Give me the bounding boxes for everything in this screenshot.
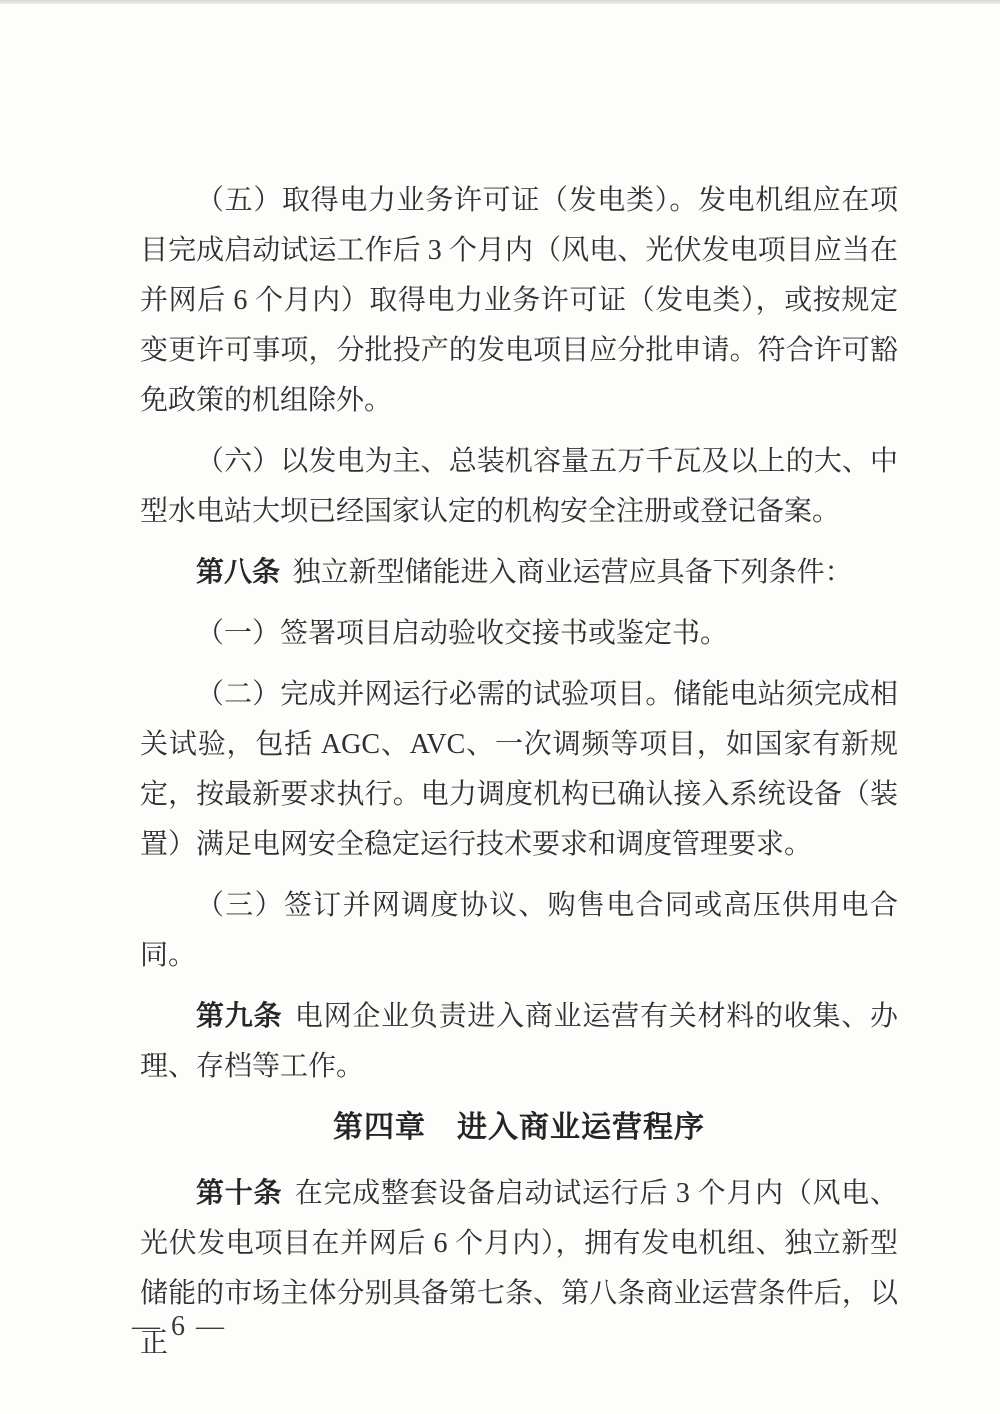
article-number: 第九条 [196,1001,282,1032]
paragraph-article-8: 第八条独立新型储能进入商业运营应具备下列条件： [140,548,898,598]
document-page: （五）取得电力业务许可证（发电类）。发电机组应在项目完成启动试运工作后 3 个月… [0,0,1000,1414]
paragraph-text: 独立新型储能进入商业运营应具备下列条件： [293,557,853,588]
paragraph-item-3: （三）签订并网调度协议、购售电合同或高压供用电合同。 [140,881,898,981]
article-number: 第八条 [196,557,280,588]
page-number: — 6 — [132,1307,226,1347]
paragraph-text: （三）签订并网调度协议、购售电合同或高压供用电合同。 [140,890,898,971]
paragraph-item-6: （六）以发电为主、总装机容量五万千瓦及以上的大、中型水电站大坝已经国家认定的机构… [140,437,898,537]
paragraph-item-5: （五）取得电力业务许可证（发电类）。发电机组应在项目完成启动试运工作后 3 个月… [140,176,898,426]
document-body: （五）取得电力业务许可证（发电类）。发电机组应在项目完成启动试运工作后 3 个月… [140,176,898,1380]
paragraph-text: （五）取得电力业务许可证（发电类）。发电机组应在项目完成启动试运工作后 3 个月… [140,185,898,416]
chapter-heading: 第四章 进入商业运营程序 [140,1103,898,1153]
article-number: 第十条 [196,1178,282,1209]
paragraph-item-2: （二）完成并网运行必需的试验项目。储能电站须完成相关试验，包括 AGC、AVC、… [140,670,898,870]
scan-edge [0,0,1000,4]
paragraph-article-10: 第十条在完成整套设备启动试运行后 3 个月内（风电、光伏发电项目在并网后 6 个… [140,1169,898,1369]
paragraph-article-9: 第九条电网企业负责进入商业运营有关材料的收集、办理、存档等工作。 [140,992,898,1092]
paragraph-text: （二）完成并网运行必需的试验项目。储能电站须完成相关试验，包括 AGC、AVC、… [140,679,898,860]
paragraph-text: （一）签署项目启动验收交接书或鉴定书。 [196,618,728,649]
paragraph-item-1: （一）签署项目启动验收交接书或鉴定书。 [140,609,898,659]
paragraph-text: （六）以发电为主、总装机容量五万千瓦及以上的大、中型水电站大坝已经国家认定的机构… [140,446,898,527]
